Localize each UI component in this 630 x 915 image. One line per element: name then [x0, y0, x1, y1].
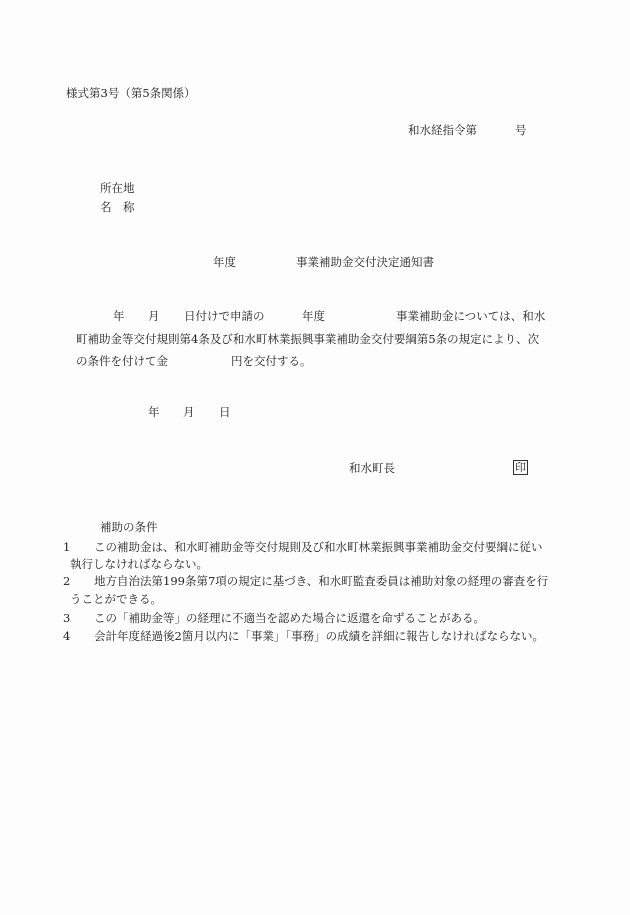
date-year: 年	[148, 405, 160, 419]
condition-num-2: 2	[63, 574, 70, 588]
conditions-heading: 補助の条件	[100, 520, 158, 534]
condition-2-line2: うことができる。	[70, 592, 162, 606]
condition-4-line1: 会計年度経過後2箇月以内に「事業」「事務」の成績を詳細に報告しなければならない。	[94, 629, 544, 643]
body-text-1: 事業補助金については、和水	[396, 309, 545, 323]
seal-icon: 印	[513, 460, 528, 475]
condition-num-1: 1	[63, 540, 70, 554]
doc-number-suffix: 号	[515, 123, 527, 137]
date-month: 月	[183, 405, 195, 419]
body-month: 月	[148, 309, 160, 323]
condition-num-4: 4	[63, 629, 70, 643]
page-title: 事業補助金交付決定通知書	[296, 255, 434, 269]
address-label: 所在地	[100, 181, 135, 195]
date-day: 日	[219, 405, 231, 419]
body-text-3b: 円を交付する。	[231, 354, 312, 368]
body-fiscal-year: 年度	[302, 309, 325, 323]
form-id: 様式第3号（第5条関係）	[66, 86, 196, 100]
condition-1-line1: この補助金は、和水町補助金等交付規則及び和水町林業振興事業補助金交付要綱に従い	[94, 540, 543, 554]
condition-3-line1: この「補助金等」の経理に不適当を認めた場合に返還を命ずることがある。	[94, 611, 485, 625]
seal-mark: 印	[513, 460, 528, 475]
condition-1-line2: 執行しなければならない。	[70, 557, 208, 571]
condition-2-line1: 地方自治法第199条第7項の規定に基づき、和水町監査委員は補助対象の経理の審査を…	[94, 574, 548, 588]
issuer-name: 和水町長	[349, 461, 395, 475]
body-text-3a: の条件を付けて金	[76, 354, 168, 368]
name-label: 名 称	[100, 200, 135, 214]
body-year: 年	[113, 309, 125, 323]
doc-number-prefix: 和水経指令第	[408, 123, 477, 137]
body-text-2: 町補助金等交付規則第4条及び和水町林業振興事業補助金交付要綱第5条の規定により、…	[76, 332, 539, 346]
title-year: 年度	[213, 255, 236, 269]
body-day-text: 日付けで申請の	[184, 309, 265, 323]
condition-num-3: 3	[63, 611, 70, 625]
